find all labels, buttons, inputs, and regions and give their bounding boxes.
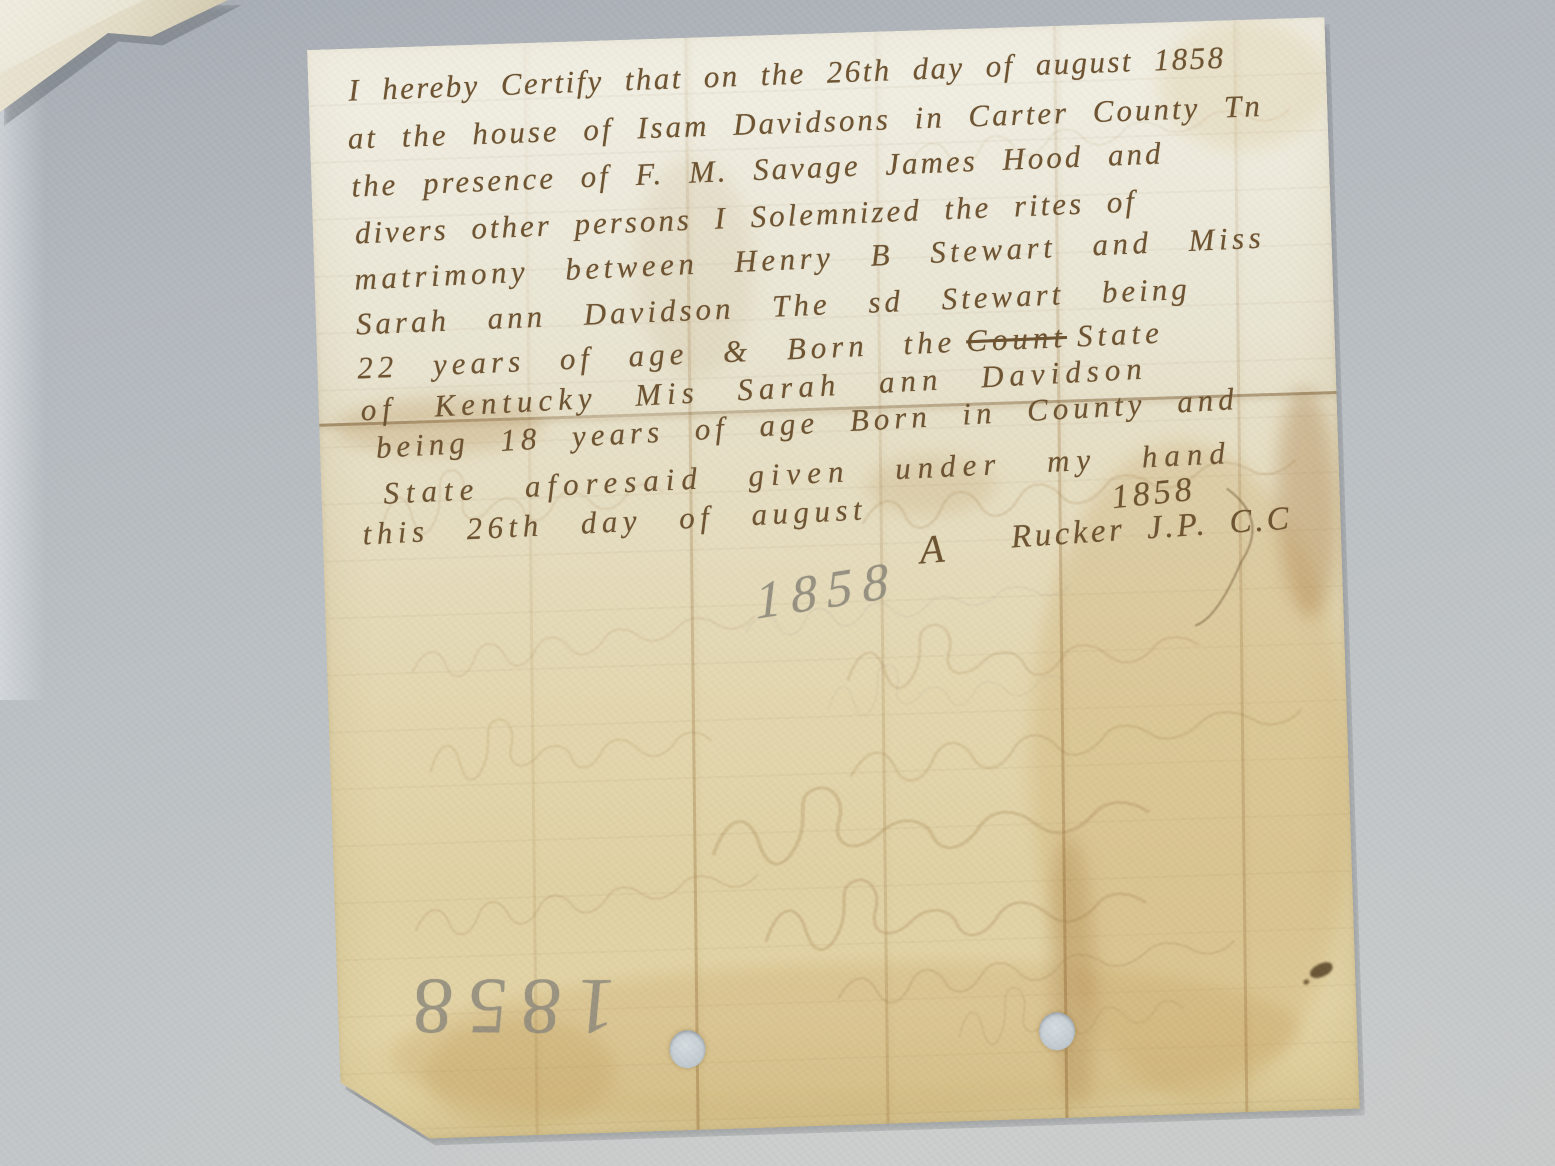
pencil-annotation-bottom-upside-down: 1858 xyxy=(396,960,620,1052)
struck-line-post: State xyxy=(1076,315,1164,354)
photograph: I hereby Certify that on the 26th day of… xyxy=(0,0,1555,1166)
signature-initial: A xyxy=(917,525,945,574)
surface-light-reflection xyxy=(0,80,46,700)
struck-word: Count xyxy=(965,319,1067,358)
document-paper: I hereby Certify that on the 26th day of… xyxy=(307,17,1360,1141)
